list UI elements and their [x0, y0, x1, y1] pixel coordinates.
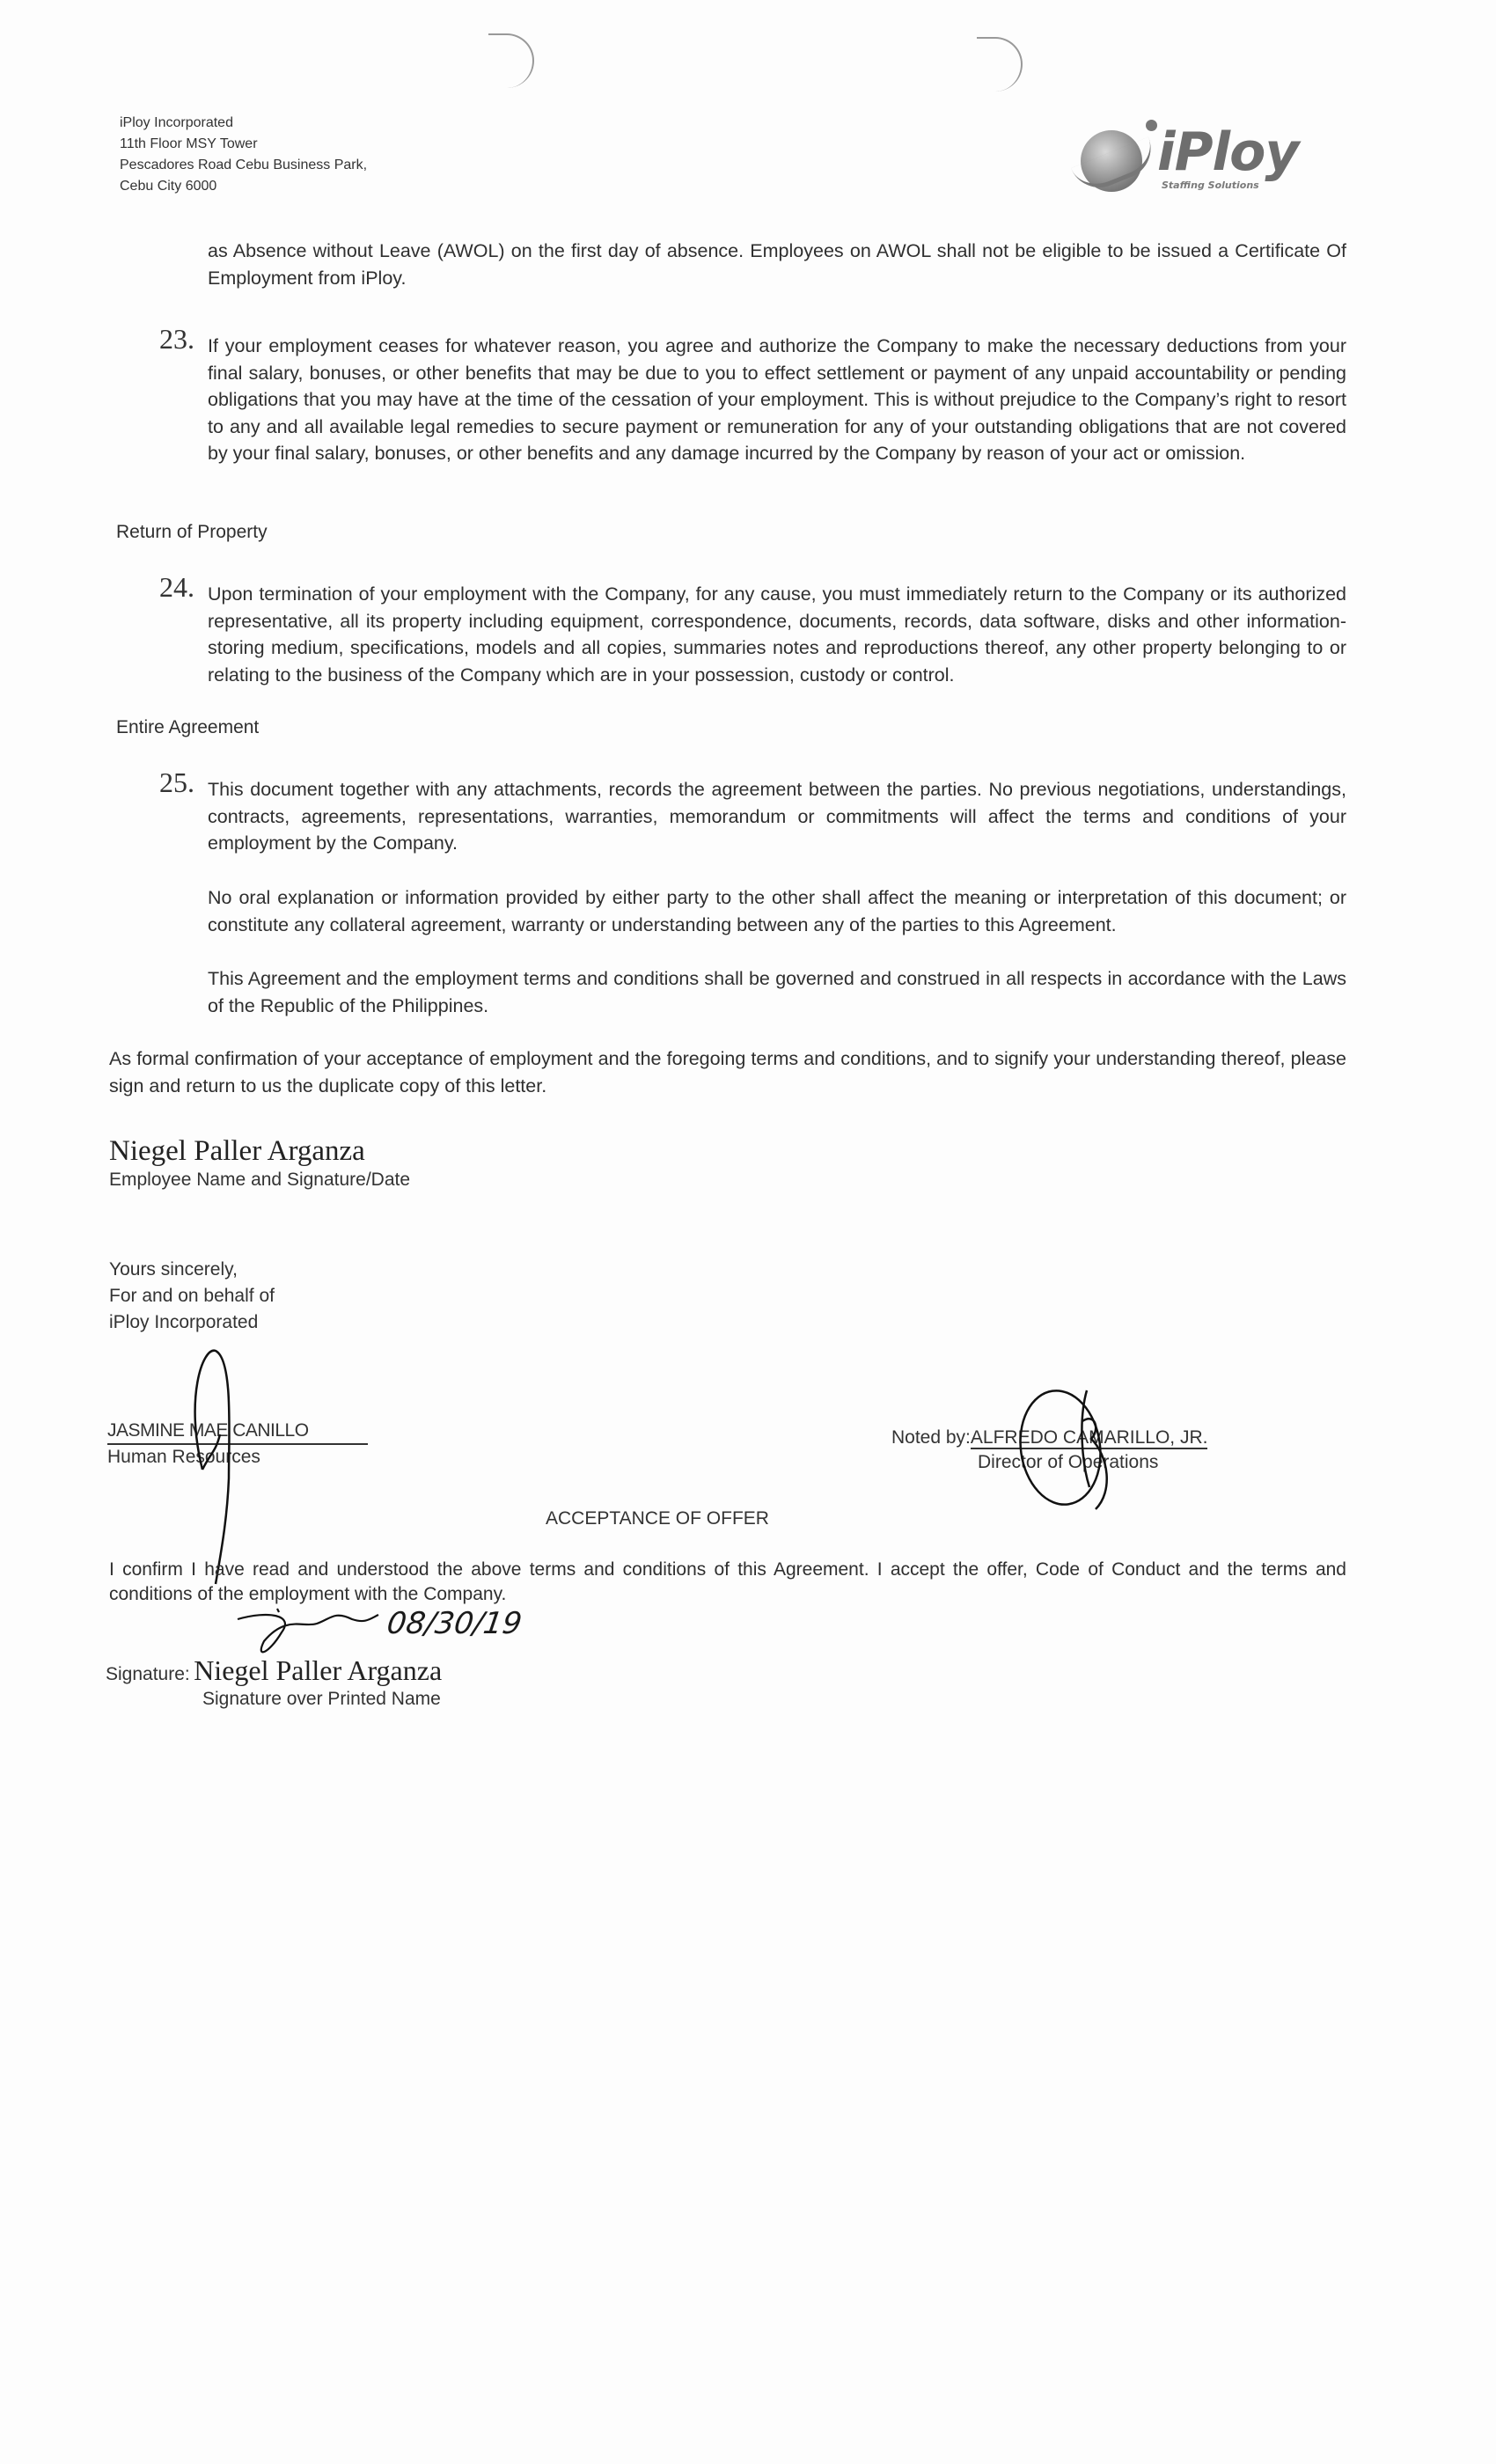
handwritten-date: 08/30/19 — [385, 1606, 524, 1641]
acceptance-text: I confirm I have read and understood the… — [109, 1558, 1346, 1607]
clause-25-paragraph-2: No oral explanation or information provi… — [208, 884, 1346, 938]
logo-tagline: Staffing Solutions — [1162, 180, 1259, 191]
acceptance-signature-block: Signature: Niegel Paller Arganza Signatu… — [106, 1654, 442, 1712]
closing-block: Yours sincerely, For and on behalf of iP… — [109, 1257, 275, 1336]
closing-line: Yours sincerely, — [109, 1257, 275, 1283]
closing-line: iPloy Incorporated — [109, 1309, 275, 1336]
address-line: Cebu City 6000 — [120, 176, 367, 197]
signature-label: Signature: — [106, 1664, 190, 1684]
closing-line: For and on behalf of — [109, 1283, 275, 1309]
address-line: Pescadores Road Cebu Business Park, — [120, 155, 367, 176]
company-name: iPloy Incorporated — [120, 113, 367, 134]
clause-25-paragraph-3: This Agreement and the employment terms … — [208, 965, 1346, 1019]
section-heading-entire-agreement: Entire Agreement — [116, 717, 259, 738]
section-heading-return-of-property: Return of Property — [116, 522, 268, 543]
punch-hole-mark — [977, 37, 1023, 92]
signature-caption: Signature over Printed Name — [106, 1687, 442, 1712]
clause-24: 24. Upon termination of your employment … — [208, 581, 1346, 688]
clause-23: 23. If your employment ceases for whatev… — [208, 333, 1346, 467]
confirmation-paragraph: As formal confirmation of your acceptanc… — [109, 1045, 1346, 1099]
employee-name-label: Employee Name and Signature/Date — [109, 1168, 410, 1192]
clause-text: Upon termination of your employment with… — [208, 583, 1346, 686]
clause-number: 25. — [159, 769, 194, 796]
continuation-paragraph: as Absence without Leave (AWOL) on the f… — [208, 238, 1346, 291]
letterhead-address: iPloy Incorporated 11th Floor MSY Tower … — [120, 113, 367, 197]
hr-signature-scribble — [167, 1346, 264, 1584]
logo-dot — [1146, 120, 1157, 131]
clause-text: If your employment ceases for whatever r… — [208, 335, 1346, 464]
address-line: 11th Floor MSY Tower — [120, 134, 367, 155]
clause-number: 23. — [159, 326, 194, 353]
acceptance-heading: ACCEPTANCE OF OFFER — [546, 1507, 769, 1531]
clause-number: 24. — [159, 574, 194, 601]
noted-by-label: Noted by: — [891, 1427, 971, 1448]
employee-name-block: Niegel Paller Arganza Employee Name and … — [109, 1135, 410, 1192]
signature-name: Niegel Paller Arganza — [194, 1654, 442, 1686]
logo-wordmark: iPloy — [1157, 121, 1298, 183]
clause-text: This document together with any attachme… — [208, 779, 1346, 854]
clause-25: 25. This document together with any atta… — [208, 776, 1346, 857]
director-signature-scribble — [1012, 1386, 1135, 1518]
employee-name: Niegel Paller Arganza — [109, 1135, 410, 1168]
iploy-logo: iPloy Staffing Solutions — [1074, 121, 1329, 201]
punch-hole-mark — [488, 33, 534, 88]
